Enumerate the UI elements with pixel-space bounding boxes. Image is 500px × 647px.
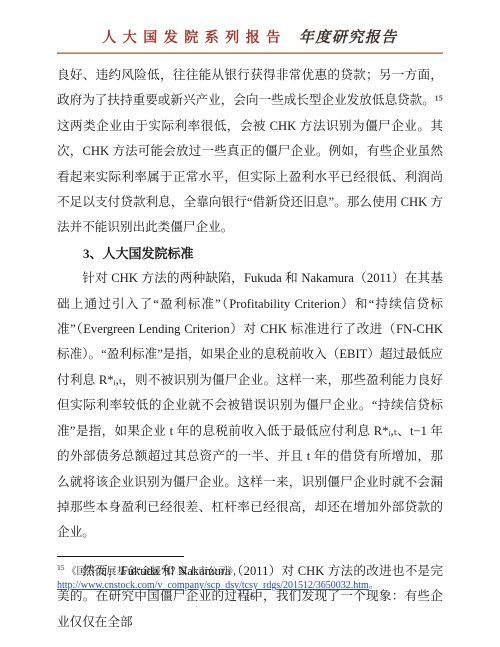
section-heading: 3、人大国发院标准 [57, 241, 443, 266]
footnote-url-suffix: 。 [369, 580, 379, 591]
header-rule [57, 52, 443, 54]
report-type-title: 年度研究报告 [299, 30, 398, 46]
footnote-block: 15《国开发展基金“金援”17 家上市公司》， http://www.cnsto… [57, 556, 443, 593]
document-page: 人大国发院系列报告 年度研究报告 良好、违约风险低，往往能从银行获得非常优惠的贷… [0, 0, 500, 647]
footnote-title: 《国开发展基金“金援”17 家上市公司》， [67, 566, 243, 577]
footnote-separator [57, 556, 184, 557]
paragraph-continuation: 良好、违约风险低，往往能从银行获得非常优惠的贷款；另一方面，政府为了扶持重要或新… [57, 63, 443, 241]
report-series-title: 人大国发院系列报告 [102, 31, 287, 46]
footnote-url-link[interactable]: http://www.cnstock.com/v_company/scp_dsy… [57, 580, 369, 591]
paragraph-fn-chk: 针对 CHK 方法的两种缺陷，Fukuda 和 Nakamura（2011）在其… [57, 266, 443, 545]
footnote-entry: 15《国开发展基金“金援”17 家上市公司》， [57, 561, 443, 579]
footnote-marker: 15 [57, 563, 65, 572]
page-body: 良好、违约风险低，往往能从银行获得非常优惠的贷款；另一方面，政府为了扶持重要或新… [57, 63, 443, 635]
page-header: 人大国发院系列报告 年度研究报告 [57, 26, 443, 54]
page-number: 16 [0, 592, 500, 603]
